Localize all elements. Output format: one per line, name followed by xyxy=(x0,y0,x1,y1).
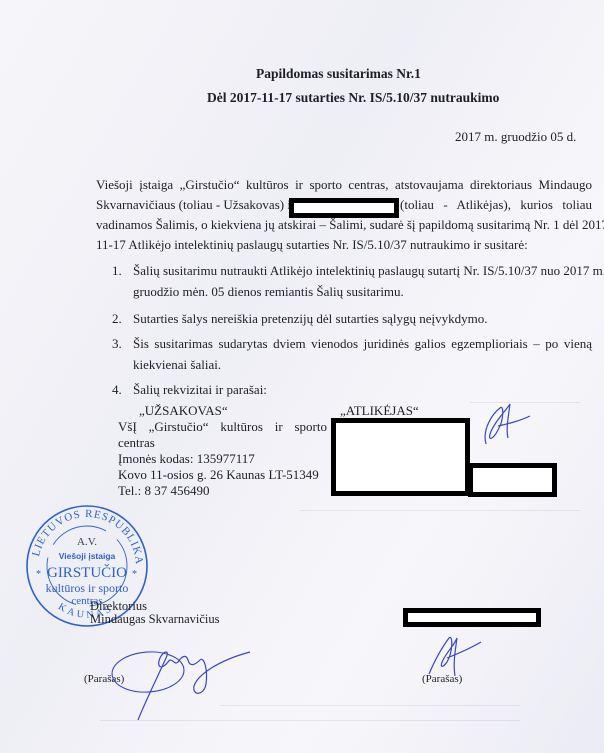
intro-line-2a: Skvarnavičiaus (toliau - Užsakovas) ir xyxy=(96,196,295,214)
contractor-signature-bottom-icon xyxy=(425,632,485,680)
svg-text:kultūros ir sporto: kultūros ir sporto xyxy=(46,581,129,595)
redaction-box-contractor-code xyxy=(468,463,557,497)
list-item-3-line-1: Šis susitarimas sudarytas dviem vienodos… xyxy=(133,336,592,352)
list-number-2: 2. xyxy=(112,311,122,327)
svg-text:A.V.: A.V. xyxy=(77,536,97,548)
list-number-1: 1. xyxy=(112,263,122,279)
intro-line-1: Viešoji įstaiga „Girstučio“ kultūros ir … xyxy=(96,176,592,194)
list-number-4: 4. xyxy=(112,382,122,398)
customer-phone: Tel.: 8 37 456490 xyxy=(118,482,210,500)
bleed-through-line xyxy=(300,510,580,511)
redaction-box-contractor-signatory xyxy=(403,608,541,627)
list-item-1-line-2: gruodžio mėn. 05 dienos remiantis Šalių … xyxy=(133,284,404,300)
list-item-4-line-1: Šalių rekvizitai ir parašai: xyxy=(133,382,267,398)
document-date: 2017 m. gruodžio 05 d. xyxy=(455,128,576,146)
director-signature-icon xyxy=(100,640,260,730)
contractor-signature-icon xyxy=(478,400,538,450)
bleed-through-line xyxy=(470,402,580,403)
document-subtitle: Dėl 2017-11-17 sutarties Nr. IS/5.10/37 … xyxy=(207,90,499,106)
redaction-box-contractor-name xyxy=(289,198,399,218)
svg-text:GIRSTUČIO: GIRSTUČIO xyxy=(47,564,127,581)
svg-text:*: * xyxy=(36,569,41,580)
list-item-3-line-2: kiekvienai šaliai. xyxy=(133,357,221,373)
list-number-3: 3. xyxy=(112,336,122,352)
document-page: Papildomas susitarimas Nr.1 Dėl 2017-11-… xyxy=(0,0,604,753)
signatory-name: Mindaugas Skvarnavičius xyxy=(90,610,220,628)
redaction-box-contractor-details xyxy=(331,418,470,496)
bleed-through-line xyxy=(100,720,520,721)
bleed-through-line xyxy=(220,705,520,706)
svg-text:*: * xyxy=(132,569,137,580)
list-item-2-line-1: Sutarties šalys nereiškia pretenzijų dėl… xyxy=(133,311,488,327)
list-item-1-line-1: Šalių susitarimu nutraukti Atlikėjo inte… xyxy=(133,263,592,279)
intro-line-2b: (toliau - Atlikėjas), kurios toliau xyxy=(400,196,592,214)
intro-line-4: 11-17 Atlikėjo intelektinių paslaugų sut… xyxy=(96,236,528,254)
svg-text:Viešoji įstaiga: Viešoji įstaiga xyxy=(59,551,116,561)
document-title: Papildomas susitarimas Nr.1 xyxy=(256,66,421,82)
intro-line-3: vadinamos Šalimis, o kiekviena jų atskir… xyxy=(96,216,592,234)
